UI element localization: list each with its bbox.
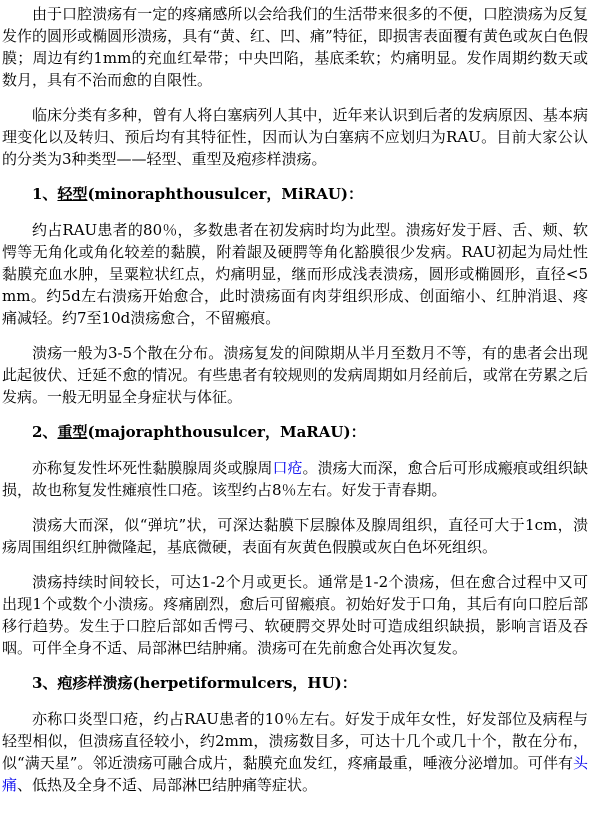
text-run: 溃疡一般为3-5个散在分布。溃疡复发的间隙期从半月至数月不等，有的患者会出现此起…	[2, 344, 588, 406]
section-heading: 2、重型(majoraphthousulcer，MaRAU)：	[2, 421, 588, 443]
underlined-term: 重型	[57, 423, 87, 441]
text-run: 1、	[32, 185, 57, 203]
text-run: (minoraphthousulcer，MiRAU)：	[87, 185, 363, 203]
paragraph: 约占RAU患者的80％，多数患者在初发病时均为此型。溃疡好发于唇、舌、颊、软愕等…	[2, 219, 588, 329]
text-run: 溃疡大而深，似“弹坑”状，可深达黏膜下层腺体及腺周组织，直径可大于1cm，溃疡周…	[2, 516, 588, 556]
paragraph: 溃疡持续时间较长，可达1-2个月或更长。通常是1-2个溃疡，但在愈合过程中又可出…	[2, 571, 588, 659]
text-run: 溃疡持续时间较长，可达1-2个月或更长。通常是1-2个溃疡，但在愈合过程中又可出…	[2, 573, 588, 657]
text-run: 2、	[32, 423, 57, 441]
paragraph: 溃疡大而深，似“弹坑”状，可深达黏膜下层腺体及腺周组织，直径可大于1cm，溃疡周…	[2, 514, 588, 558]
article-body: 由于口腔溃疡有一定的疼痛感所以会给我们的生活带来很多的不便，口腔溃疡为反复发作的…	[2, 3, 588, 796]
text-run: 临床分类有多种，曾有人将白塞病列人其中，近年来认识到后者的发病原因、基本病理变化…	[2, 106, 588, 168]
section-heading: 1、轻型(minoraphthousulcer，MiRAU)：	[2, 183, 588, 205]
paragraph: 亦称复发性坏死性黏膜腺周炎或腺周口疮。溃疡大而深，愈合后可形成瘢痕或组织缺损，故…	[2, 457, 588, 501]
paragraph: 临床分类有多种，曾有人将白塞病列人其中，近年来认识到后者的发病原因、基本病理变化…	[2, 104, 588, 170]
text-run: (majoraphthousulcer，MaRAU)：	[87, 423, 365, 441]
text-run: 、低热及全身不适、局部淋巴结肿痛等症状。	[17, 776, 317, 794]
text-run: 由于口腔溃疡有一定的疼痛感所以会给我们的生活带来很多的不便，口腔溃疡为反复发作的…	[2, 5, 588, 89]
section-heading: 3、疱疹样溃疡(herpetiformulcers，HU)：	[2, 672, 588, 694]
paragraph: 由于口腔溃疡有一定的疼痛感所以会给我们的生活带来很多的不便，口腔溃疡为反复发作的…	[2, 3, 588, 91]
text-run: 亦称复发性坏死性黏膜腺周炎或腺周	[32, 459, 272, 477]
paragraph: 亦称口炎型口疮，约占RAU患者的10％左右。好发于成年女性，好发部位及病程与轻型…	[2, 708, 588, 796]
paragraph: 溃疡一般为3-5个散在分布。溃疡复发的间隙期从半月至数月不等，有的患者会出现此起…	[2, 342, 588, 408]
underlined-term: 轻型	[57, 185, 87, 203]
text-run: 3、疱疹样溃疡(herpetiformulcers，HU)：	[32, 674, 357, 692]
text-run: 约占RAU患者的80％，多数患者在初发病时均为此型。溃疡好发于唇、舌、颊、软愕等…	[2, 221, 588, 327]
inline-link[interactable]: 口疮	[272, 459, 302, 477]
text-run: 亦称口炎型口疮，约占RAU患者的10％左右。好发于成年女性，好发部位及病程与轻型…	[2, 710, 588, 772]
